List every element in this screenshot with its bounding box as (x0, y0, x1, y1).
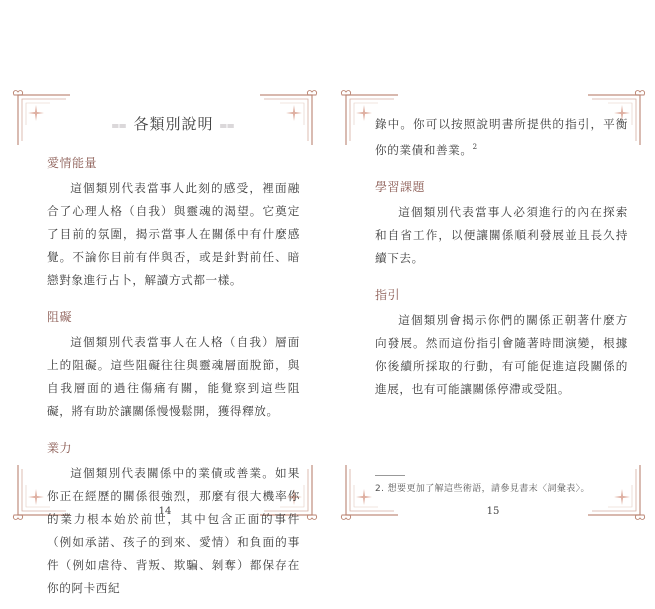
continuation-paragraph: 錄中。你可以按照說明書所提供的指引，平衡你的業債和善業。2 (375, 113, 628, 162)
title-deco-icon: ⩵ (220, 118, 236, 133)
footnote-divider (375, 475, 405, 476)
section-heading-lesson: 學習課題 (375, 178, 628, 195)
footnote-ref: 2 (473, 143, 478, 151)
left-page-content: ⩵各類別說明⩵ 愛情能量 這個類別代表當事人此刻的感受，裡面融合了心理人格（自我… (47, 113, 300, 600)
page-title: ⩵各類別說明⩵ (47, 113, 300, 134)
page-number: 14 (10, 506, 320, 517)
continuation-text: 錄中。你可以按照說明書所提供的指引，平衡你的業債和善業。 (375, 117, 628, 157)
page-title-text: 各類別說明 (133, 115, 213, 133)
right-page-content: 錄中。你可以按照說明書所提供的指引，平衡你的業債和善業。2 學習課題 這個類別代… (375, 113, 628, 401)
section-text-karma: 這個類別代表關係中的業債或善業。如果你正在經歷的關係很強烈，那麼有很大機率你的業… (47, 462, 300, 600)
right-page: 錄中。你可以按照說明書所提供的指引，平衡你的業債和善業。2 學習課題 這個類別代… (338, 85, 648, 525)
section-text-guidance: 這個類別會揭示你們的關係正朝著什麼方向發展。然而這份指引會隨著時間演變，根據你後… (375, 309, 628, 401)
page-number: 15 (338, 506, 648, 517)
section-heading-karma: 業力 (47, 439, 300, 456)
section-heading-love-energy: 愛情能量 (47, 154, 300, 171)
left-page: ⩵各類別說明⩵ 愛情能量 這個類別代表當事人此刻的感受，裡面融合了心理人格（自我… (10, 85, 320, 525)
section-text-love-energy: 這個類別代表當事人此刻的感受，裡面融合了心理人格（自我）與靈魂的渴望。它奠定了目… (47, 177, 300, 292)
section-text-obstacle: 這個類別代表當事人在人格（自我）層面上的阻礙。這些阻礙往往與靈魂層面脫節，與自我… (47, 331, 300, 423)
title-deco-icon: ⩵ (112, 118, 128, 133)
footnote: 2. 想要更加了解這些術語，請參見書末〈詞彙表〉。 (375, 481, 590, 494)
section-text-lesson: 這個類別代表當事人必須進行的內在探索和自省工作，以便讓關係順利發展並且長久持續下… (375, 201, 628, 270)
section-heading-guidance: 指引 (375, 286, 628, 303)
section-heading-obstacle: 阻礙 (47, 308, 300, 325)
